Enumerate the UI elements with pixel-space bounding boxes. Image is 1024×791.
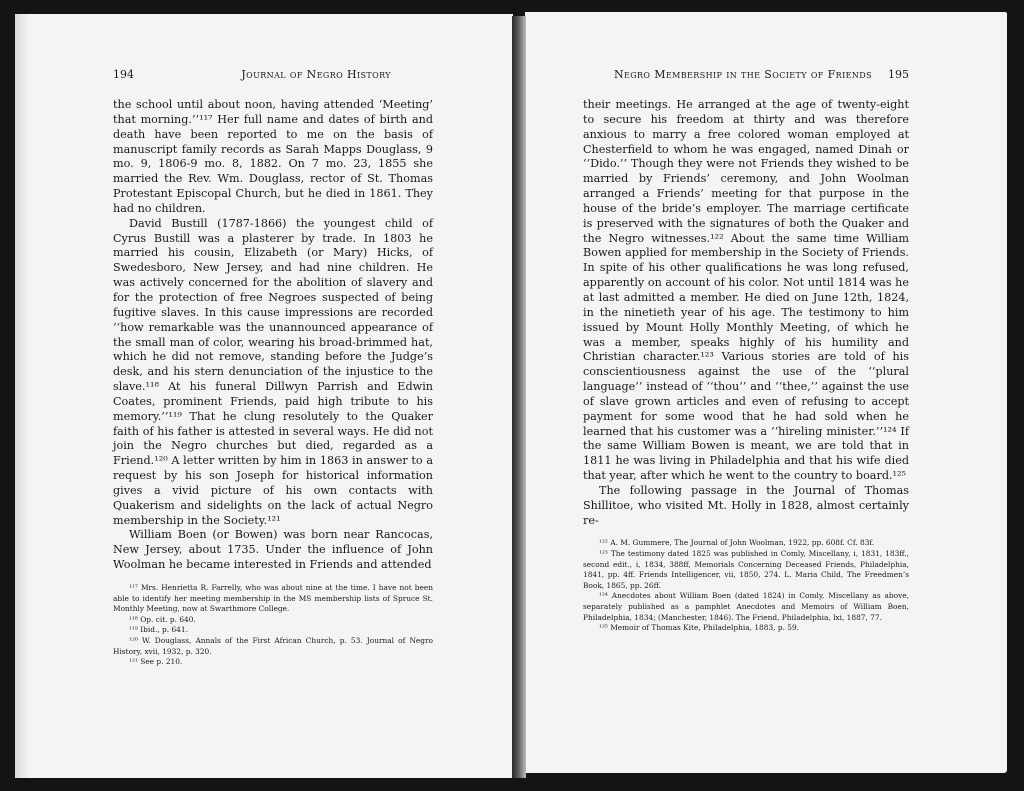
- footnote: ¹²² A. M. Gummere, The Journal of John W…: [583, 538, 909, 549]
- footnote: ¹¹⁸ Op. cit. p. 640.: [113, 615, 433, 626]
- footnote: ¹¹⁷ Mrs. Henrietta R. Farrelly, who was …: [113, 583, 433, 615]
- book-gutter: [512, 16, 526, 778]
- paragraph: The following passage in the Journal of …: [583, 484, 909, 529]
- left-body-text: the school until about noon, having atte…: [113, 98, 433, 573]
- paragraph: their meetings. He arranged at the age o…: [583, 98, 909, 484]
- footnote: ¹²³ The testimony dated 1825 was publish…: [583, 549, 909, 591]
- footnote: ¹¹⁹ Ibid., p. 641.: [113, 625, 433, 636]
- left-footnotes: ¹¹⁷ Mrs. Henrietta R. Farrelly, who was …: [113, 583, 433, 668]
- right-page-content: Negro Membership in the Society of Frien…: [583, 68, 909, 634]
- paragraph: the school until about noon, having atte…: [113, 98, 433, 217]
- left-running-head: 194 Journal of Negro History: [113, 68, 433, 86]
- page-number: 194: [113, 68, 134, 81]
- footnote: ¹²⁵ Memoir of Thomas Kite, Philadelphia,…: [583, 623, 909, 634]
- footnote: ¹²¹ See p. 210.: [113, 657, 433, 668]
- right-body-text: their meetings. He arranged at the age o…: [583, 98, 909, 528]
- paragraph: William Boen (or Bowen) was born near Ra…: [113, 528, 433, 573]
- page-edge-shadow: [15, 14, 29, 778]
- footnote: ¹²⁰ W. Douglass, Annals of the First Afr…: [113, 636, 433, 657]
- left-page-content: 194 Journal of Negro History the school …: [113, 68, 433, 668]
- footnote: ¹²⁴ Anecdotes about William Boen (dated …: [583, 591, 909, 623]
- right-running-head: Negro Membership in the Society of Frien…: [583, 68, 909, 86]
- running-head-title: Journal of Negro History: [241, 68, 391, 81]
- page-number: 195: [888, 68, 909, 81]
- paragraph: David Bustill (1787-1866) the youngest c…: [113, 217, 433, 529]
- right-footnotes: ¹²² A. M. Gummere, The Journal of John W…: [583, 538, 909, 633]
- running-head-title: Negro Membership in the Society of Frien…: [614, 68, 872, 81]
